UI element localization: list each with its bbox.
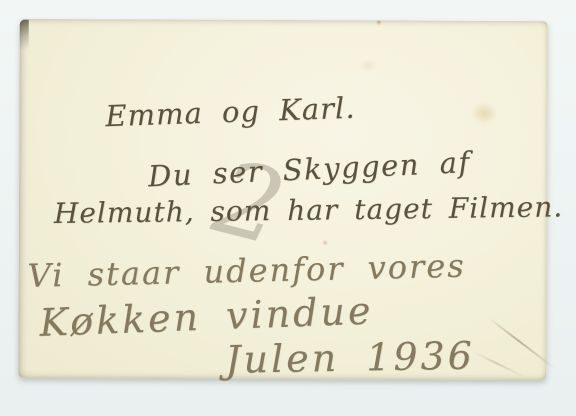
handwriting-line-1: Emma og Karl.: [105, 91, 356, 133]
paper-crease: [488, 317, 556, 369]
paper-crease: [473, 351, 526, 378]
handwriting-line-3: Helmuth, som har taget Filmen.: [54, 190, 564, 230]
paper-stain: [360, 58, 378, 72]
note-card: 2 Emma og Karl. Du ser Skyggen af Helmut…: [18, 19, 548, 380]
corner-smudge: [20, 20, 29, 58]
handwriting-line-4: Vi staar udenfor vores: [27, 247, 466, 295]
scanned-photo: 2 Emma og Karl. Du ser Skyggen af Helmut…: [0, 0, 576, 416]
handwriting-line-6: Julen 1936: [225, 334, 475, 382]
paper-stain: [471, 103, 497, 123]
handwriting-line-2: Du ser Skyggen af: [147, 145, 471, 193]
